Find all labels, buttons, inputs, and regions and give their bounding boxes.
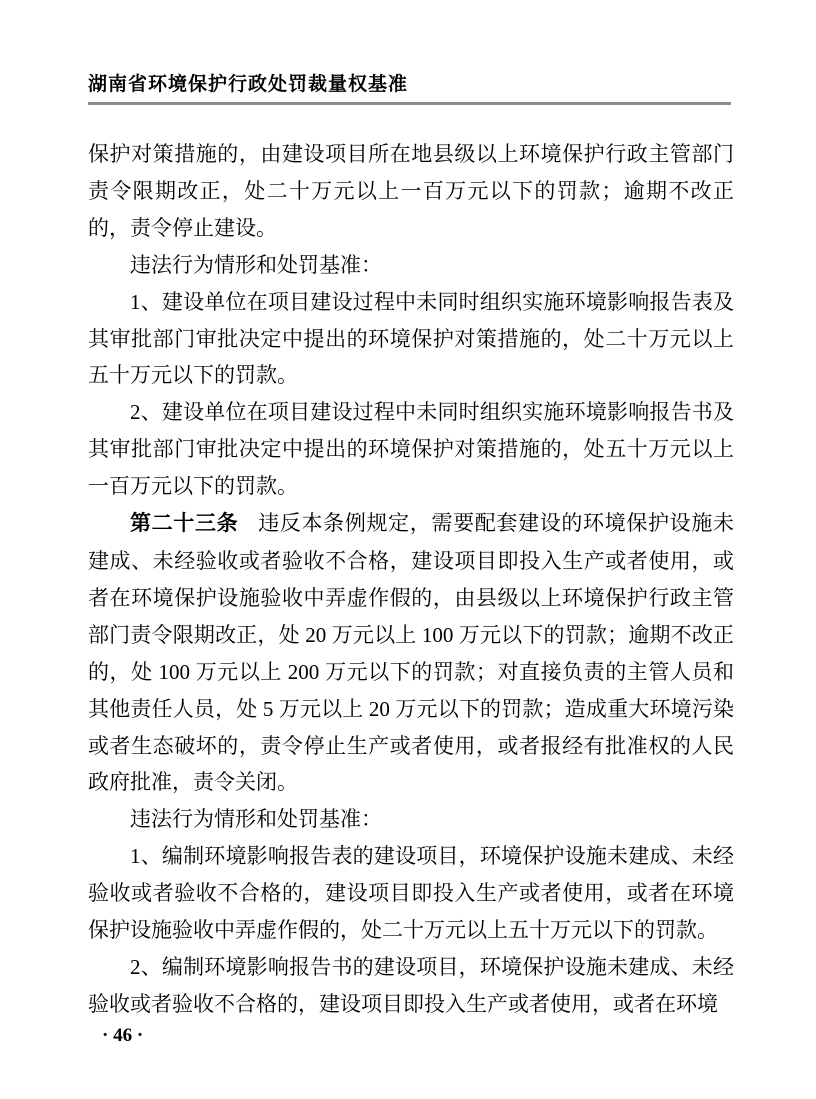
paragraph-penalty-basis-heading: 违法行为情形和处罚基准：: [88, 247, 734, 284]
article-23-lead: 第二十三条: [130, 512, 238, 535]
paragraph-article-23: 第二十三条违反本条例规定，需要配套建设的环境保护设施未建成、未经验收或者验收不合…: [88, 505, 734, 801]
paragraph-continuation: 保护对策措施的，由建设项目所在地县级以上环境保护行政主管部门责令限期改正，处二十…: [88, 136, 734, 247]
page-footer: · 46 ·: [102, 1024, 143, 1048]
page-number: · 46 ·: [102, 1025, 143, 1046]
paragraph-penalty-basis-heading-2: 违法行为情形和处罚基准：: [88, 801, 734, 838]
header-rule-divider: [88, 102, 731, 105]
page-header-title: 湖南省环境保护行政处罚裁量权基准: [88, 74, 734, 96]
article-23-text: 违反本条例规定，需要配套建设的环境保护设施未建成、未经验收或者验收不合格，建设项…: [88, 511, 734, 794]
document-page: 湖南省环境保护行政处罚裁量权基准 保护对策措施的，由建设项目所在地县级以上环境保…: [0, 0, 816, 1099]
running-header: 湖南省环境保护行政处罚裁量权基准: [88, 74, 734, 105]
paragraph-item-1: 1、建设单位在项目建设过程中未同时组织实施环境影响报告表及其审批部门审批决定中提…: [88, 284, 734, 395]
paragraph-item-1b: 1、编制环境影响报告表的建设项目，环境保护设施未建成、未经验收或者验收不合格的，…: [88, 838, 734, 949]
paragraph-item-2b: 2、编制环境影响报告书的建设项目，环境保护设施未建成、未经验收或者验收不合格的，…: [88, 949, 734, 1023]
paragraph-item-2: 2、建设单位在项目建设过程中未同时组织实施环境影响报告书及其审批部门审批决定中提…: [88, 394, 734, 505]
document-body: 保护对策措施的，由建设项目所在地县级以上环境保护行政主管部门责令限期改正，处二十…: [88, 136, 734, 1023]
